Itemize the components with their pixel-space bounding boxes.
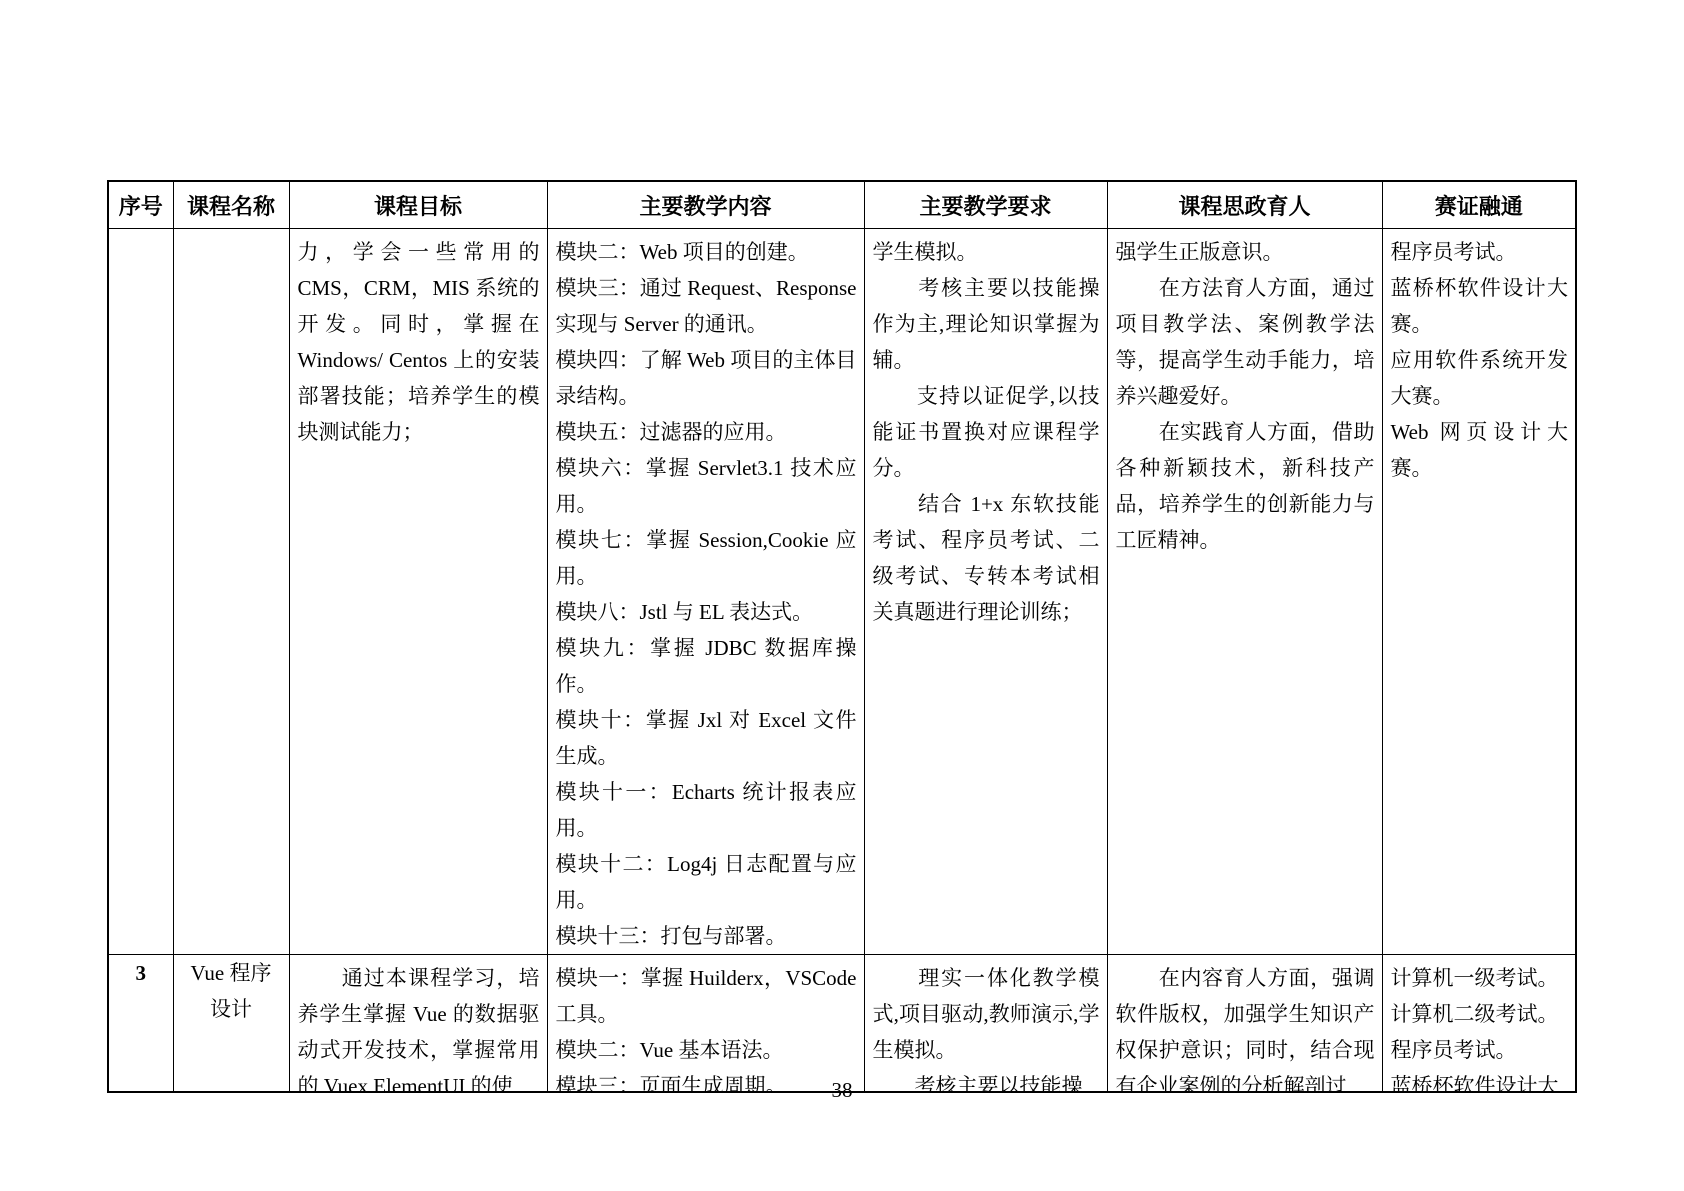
- header-ideology-education: 课程思政育人: [1107, 181, 1382, 229]
- cell-seq: [108, 229, 173, 955]
- header-teaching-content: 主要教学内容: [547, 181, 864, 229]
- paragraph: 计算机一级考试。: [1391, 960, 1569, 996]
- paragraph: 模块六：掌握 Servlet3.1 技术应用。: [556, 450, 857, 522]
- paragraph: Web 网页设计大赛。: [1391, 414, 1569, 486]
- paragraph: 程序员考试。: [1391, 1032, 1569, 1068]
- cell-ideology-education: 在内容育人方面，强调软件版权，加强学生知识产权保护意识；同时，结合现有企业案例的…: [1107, 955, 1382, 1093]
- paragraph: 支持以证促学,以技能证书置换对应课程学分。: [873, 378, 1100, 486]
- seq-value: 3: [111, 955, 171, 991]
- header-course-name: 课程名称: [173, 181, 289, 229]
- cell-seq: 3: [108, 955, 173, 1093]
- paragraph: 在方法育人方面，通过项目教学法、案例教学法等，提高学生动手能力，培养兴趣爱好。: [1116, 270, 1375, 414]
- paragraph: 模块二：Vue 基本语法。: [556, 1032, 857, 1068]
- paragraph: 模块十二：Log4j 日志配置与应用。: [556, 846, 857, 918]
- paragraph: 力，学会一些常用的 CMS，CRM，MIS 系统的开发。同时，掌握在 Windo…: [298, 234, 540, 450]
- paragraph: 在内容育人方面，强调软件版权，加强学生知识产权保护意识；同时，结合现有企业案例的…: [1116, 960, 1375, 1091]
- header-seq: 序号: [108, 181, 173, 229]
- paragraph: 模块十一：Echarts 统计报表应用。: [556, 774, 857, 846]
- paragraph: 模块九：掌握 JDBC 数据库操作。: [556, 630, 857, 702]
- paragraph: 结合 1+x 东软技能考试、程序员考试、二级考试、专转本考试相关真题进行理论训练…: [873, 486, 1100, 630]
- cell-certification-integration: 程序员考试。蓝桥杯软件设计大赛。应用软件系统开发大赛。Web 网页设计大赛。: [1382, 229, 1576, 955]
- paragraph: 理实一体化教学模式,项目驱动,教师演示,学生模拟。: [873, 960, 1100, 1068]
- cell-teaching-requirements: 理实一体化教学模式,项目驱动,教师演示,学生模拟。 考核主要以技能操: [864, 955, 1107, 1093]
- table-row-continued: 力，学会一些常用的 CMS，CRM，MIS 系统的开发。同时，掌握在 Windo…: [108, 229, 1576, 955]
- paragraph: 模块十三：打包与部署。: [556, 918, 857, 954]
- paragraph: 模块三：通过 Request、Response 实现与 Server 的通讯。: [556, 270, 857, 342]
- header-teaching-requirements: 主要教学要求: [864, 181, 1107, 229]
- paragraph: 模块一：掌握 Huilderx，VSCode 工具。: [556, 960, 857, 1032]
- table-row-vue-course: 3 Vue 程序设计 通过本课程学习，培养学生掌握 Vue 的数据驱动式开发技术…: [108, 955, 1576, 1093]
- paragraph: 蓝桥杯软件设计大赛。: [1391, 270, 1569, 342]
- paragraph: 强学生正版意识。: [1116, 234, 1375, 270]
- page-number: 38: [107, 1078, 1577, 1103]
- paragraph: 在实践育人方面，借助各种新颖技术，新科技产品，培养学生的创新能力与工匠精神。: [1116, 414, 1375, 558]
- table-header-row: 序号 课程名称 课程目标 主要教学内容 主要教学要求 课程思政育人 赛证融通: [108, 181, 1576, 229]
- paragraph: 模块四：了解 Web 项目的主体目录结构。: [556, 342, 857, 414]
- paragraph: 程序员考试。: [1391, 234, 1569, 270]
- paragraph: 模块八：Jstl 与 EL 表达式。: [556, 594, 857, 630]
- paragraph: 计算机二级考试。: [1391, 996, 1569, 1032]
- cell-course-name: Vue 程序设计: [173, 955, 289, 1093]
- paragraph: 学生模拟。: [873, 234, 1100, 270]
- cell-ideology-education: 强学生正版意识。 在方法育人方面，通过项目教学法、案例教学法等，提高学生动手能力…: [1107, 229, 1382, 955]
- header-certification-integration: 赛证融通: [1382, 181, 1576, 229]
- paragraph: 模块十：掌握 Jxl 对 Excel 文件生成。: [556, 702, 857, 774]
- paragraph: 通过本课程学习，培养学生掌握 Vue 的数据驱动式开发技术，掌握常用的 Vuex…: [298, 960, 540, 1091]
- paragraph: 模块五：过滤器的应用。: [556, 414, 857, 450]
- paragraph: 模块二：Web 项目的创建。: [556, 234, 857, 270]
- cell-objectives: 力，学会一些常用的 CMS，CRM，MIS 系统的开发。同时，掌握在 Windo…: [289, 229, 547, 955]
- cell-objectives: 通过本课程学习，培养学生掌握 Vue 的数据驱动式开发技术，掌握常用的 Vuex…: [289, 955, 547, 1093]
- cell-certification-integration: 计算机一级考试。计算机二级考试。程序员考试。蓝桥杯软件设计大: [1382, 955, 1576, 1093]
- header-objectives: 课程目标: [289, 181, 547, 229]
- cell-teaching-content: 模块一：掌握 Huilderx，VSCode 工具。模块二：Vue 基本语法。模…: [547, 955, 864, 1093]
- document-page: 序号 课程名称 课程目标 主要教学内容 主要教学要求 课程思政育人 赛证融通 力…: [0, 0, 1684, 1191]
- paragraph: 设计: [176, 991, 287, 1027]
- cell-teaching-requirements: 学生模拟。 考核主要以技能操作为主,理论知识掌握为辅。 支持以证促学,以技能证书…: [864, 229, 1107, 955]
- paragraph: 考核主要以技能操作为主,理论知识掌握为辅。: [873, 270, 1100, 378]
- paragraph: 应用软件系统开发大赛。: [1391, 342, 1569, 414]
- cell-course-name: [173, 229, 289, 955]
- cell-teaching-content: 模块二：Web 项目的创建。模块三：通过 Request、Response 实现…: [547, 229, 864, 955]
- paragraph: 模块七：掌握 Session,Cookie 应用。: [556, 522, 857, 594]
- course-plan-table: 序号 课程名称 课程目标 主要教学内容 主要教学要求 课程思政育人 赛证融通 力…: [107, 180, 1577, 1093]
- paragraph: Vue 程序: [176, 955, 287, 991]
